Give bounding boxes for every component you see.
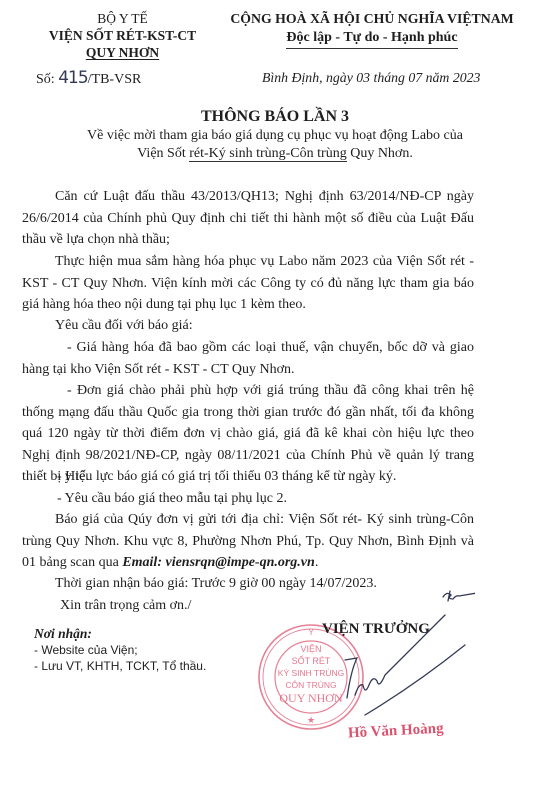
paragraph-requirement-validity: - Hiệu lực báo giá có giá trị tối thiểu … bbox=[35, 466, 487, 488]
subject-line-2c: Quy Nhơn. bbox=[347, 146, 413, 161]
subject-line-2a: Viện Sốt bbox=[137, 146, 189, 161]
subject-line-2b: rét-Ký sinh trùng-Côn trùng bbox=[189, 146, 346, 162]
recipients-label: Nơi nhận: bbox=[34, 626, 206, 642]
city-name: QUY NHƠN bbox=[86, 45, 159, 60]
stamp-text: VIỆN bbox=[300, 644, 321, 654]
stamp-text: ★ bbox=[307, 715, 315, 725]
paragraph-legal-basis: Căn cứ Luật đấu thầu 43/2013/QH13; Nghị … bbox=[22, 186, 474, 251]
paragraph-submission-address: Báo giá của Qúy đơn vị gửi tới địa chỉ: … bbox=[22, 509, 474, 574]
country-name: CỘNG HOÀ XÃ HỘI CHỦ NGHĨA VIỆTNAM bbox=[212, 10, 532, 28]
handwritten-signature-icon bbox=[325, 585, 475, 745]
national-motto: Độc lập - Tự do - Hạnh phúc bbox=[286, 29, 457, 49]
ministry-name: BỘ Y TẾ bbox=[30, 10, 215, 27]
document-number: Số: 415/TB-VSR bbox=[36, 68, 141, 88]
doc-number-handwritten: 415 bbox=[58, 68, 87, 88]
document-title: THÔNG BÁO LẦN 3 bbox=[0, 108, 550, 126]
document-subject: Về việc mời tham gia báo giá dụng cụ phụ… bbox=[40, 127, 510, 163]
place-date: Bình Định, ngày 03 tháng 07 năm 2023 bbox=[262, 70, 480, 86]
issuing-agency-block: BỘ Y TẾ VIỆN SỐT RÉT-KST-CT QUY NHƠN bbox=[30, 10, 215, 61]
paragraph-requirement-template: - Yêu cầu báo giá theo mẫu tại phụ lục 2… bbox=[35, 488, 487, 510]
stamp-text: Y bbox=[308, 628, 314, 637]
institute-name: VIỆN SỐT RÉT-KST-CT bbox=[30, 27, 215, 44]
subject-line-2: Viện Sốt rét-Ký sinh trùng-Côn trùng Quy… bbox=[40, 145, 510, 163]
recipient-item: - Website của Viện; bbox=[34, 642, 206, 658]
national-heading-block: CỘNG HOÀ XÃ HỘI CHỦ NGHĨA VIỆTNAM Độc lậ… bbox=[212, 10, 532, 49]
email-address[interactable]: Email: viensrqn@impe-qn.org.vn bbox=[122, 555, 315, 570]
subject-line-1: Về việc mời tham gia báo giá dụng cụ phụ… bbox=[40, 127, 510, 145]
paragraph-requirement-price: - Giá hàng hóa đã bao gồm các loại thuế,… bbox=[22, 337, 474, 380]
doc-number-suffix: /TB-VSR bbox=[88, 72, 142, 87]
paragraph-requirements-heading: Yêu cầu đối với báo giá: bbox=[22, 315, 474, 337]
doc-number-prefix: Số: bbox=[36, 72, 55, 87]
recipient-item: - Lưu VT, KHTH, TCKT, Tổ thầu. bbox=[34, 658, 206, 674]
paragraph-procurement: Thực hiện mua sắm hàng hóa phục vụ Labo … bbox=[22, 251, 474, 316]
submission-address-end: . bbox=[315, 555, 319, 570]
recipients-block: Nơi nhận: - Website của Viện; - Lưu VT, … bbox=[34, 626, 206, 674]
